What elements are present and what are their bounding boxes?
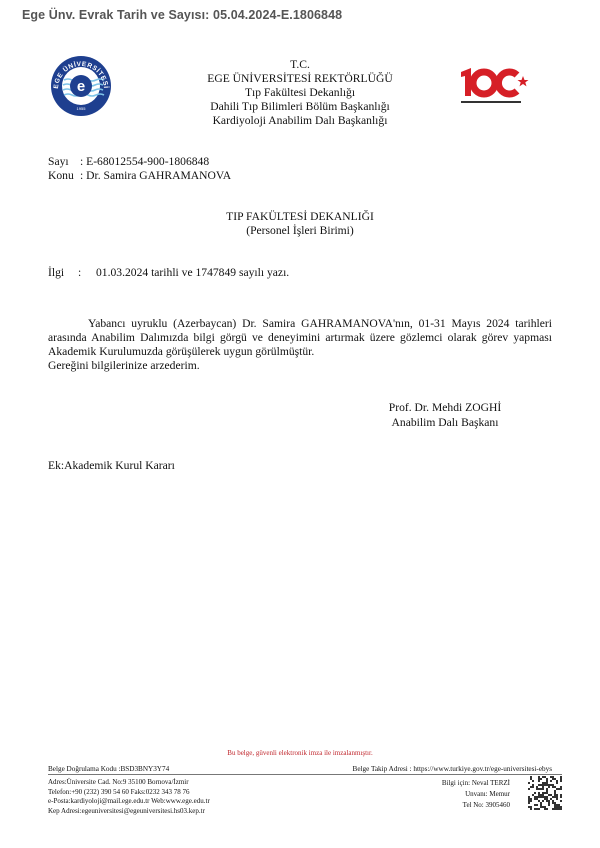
contact-address: Adres:Üniversite Cad. No:9 35100 Bornova… [48, 778, 210, 816]
contact-person: Bilgi için: Neval TERZİ Unvanı: Memur Te… [420, 778, 510, 811]
info-contact: Bilgi için: Neval TERZİ [420, 778, 510, 789]
header-department: Dahili Tıp Bilimleri Bölüm Başkanlığı [150, 100, 450, 114]
ilgi-separator: : [78, 266, 96, 279]
document-stamp: Ege Ünv. Evrak Tarih ve Sayısı: 05.04.20… [22, 8, 342, 22]
addressee: TIP FAKÜLTESİ DEKANLIĞI (Personel İşleri… [150, 210, 450, 238]
signature-block: Prof. Dr. Mehdi ZOGHİ Anabilim Dalı Başk… [380, 400, 510, 430]
ege-university-logo-icon: e EGE ÜNİVERSİTESİ 1955 [50, 55, 112, 117]
header-tc: T.C. [150, 58, 450, 72]
qr-code-icon [528, 776, 562, 810]
signatory-title: Anabilim Dalı Başkanı [380, 415, 510, 430]
header-university: EGE ÜNİVERSİTESİ REKTÖRLÜĞÜ [150, 72, 450, 86]
addressee-unit: (Personel İşleri Birimi) [150, 224, 450, 238]
document-meta: Sayı : E-68012554-900-1806848 Konu : Dr.… [48, 155, 231, 183]
attachment-note: Ek:Akademik Kurul Kararı [48, 459, 175, 472]
ilgi-label: İlgi [48, 266, 78, 279]
kep-line: Kep Adresi:egeuniversitesi@egeuniversite… [48, 807, 210, 817]
tracking-address[interactable]: Belge Takip Adresi : https://www.turkiye… [353, 765, 552, 773]
reference-line: İlgi : 01.03.2024 tarihli ve 1747849 say… [48, 266, 289, 279]
turkiye-100-logo-icon [455, 62, 535, 107]
info-title: Unvanı: Memur [420, 789, 510, 800]
email-web-line[interactable]: e-Posta:kardiyoloji@mail.ege.edu.tr Web:… [48, 797, 210, 807]
header-division: Kardiyoloji Anabilim Dalı Başkanlığı [150, 114, 450, 128]
sayi-label: Sayı [48, 155, 80, 169]
sayi-value: : E-68012554-900-1806848 [80, 155, 209, 169]
verification-code: Belge Doğrulama Kodu :BSD3BNY3Y74 [48, 765, 169, 773]
info-tel: Tel No: 3905460 [420, 800, 510, 811]
address-line: Adres:Üniversite Cad. No:9 35100 Bornova… [48, 778, 210, 788]
closing-sentence: Gereğini bilgilerinize arzederim. [48, 359, 552, 373]
ilgi-value: 01.03.2024 tarihli ve 1747849 sayılı yaz… [96, 266, 289, 279]
svg-text:e: e [77, 78, 85, 95]
konu-value: : Dr. Samira GAHRAMANOVA [80, 169, 231, 183]
letterhead: T.C. EGE ÜNİVERSİTESİ REKTÖRLÜĞÜ Tıp Fak… [150, 58, 450, 128]
svg-text:1955: 1955 [77, 106, 87, 111]
letter-body: Yabancı uyruklu (Azerbaycan) Dr. Samira … [48, 317, 552, 373]
phone-line: Telefon:+90 (232) 390 54 60 Faks:0232 34… [48, 788, 210, 798]
esign-notice: Bu belge, güvenli elektronik imza ile im… [0, 749, 600, 757]
signatory-name: Prof. Dr. Mehdi ZOGHİ [380, 400, 510, 415]
footer-divider [48, 774, 562, 775]
addressee-name: TIP FAKÜLTESİ DEKANLIĞI [150, 210, 450, 224]
header-faculty: Tıp Fakültesi Dekanlığı [150, 86, 450, 100]
body-paragraph: Yabancı uyruklu (Azerbaycan) Dr. Samira … [48, 317, 552, 359]
konu-label: Konu [48, 169, 80, 183]
